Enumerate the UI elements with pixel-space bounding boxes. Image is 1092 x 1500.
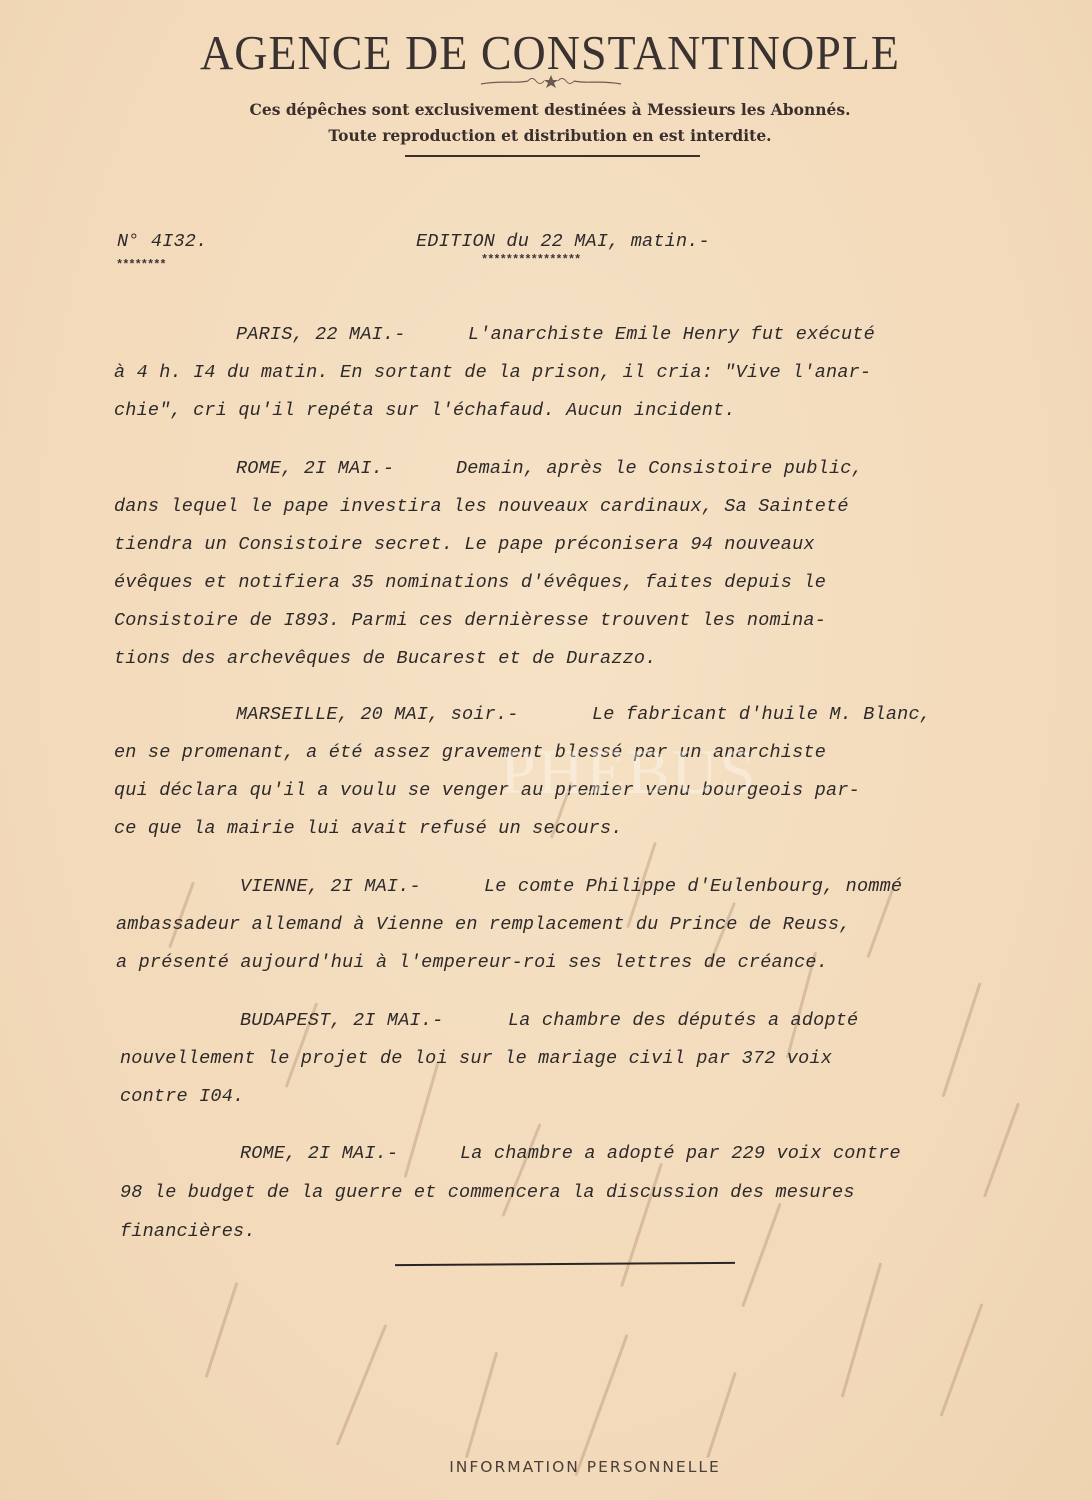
dispatch-line: La chambre des députés a adopté <box>508 1010 858 1031</box>
edition-label: EDITION du 22 MAI, matin.- <box>416 231 710 252</box>
dispatch-line: La chambre a adopté par 229 voix contre <box>460 1143 901 1164</box>
closing-rule <box>395 1262 735 1266</box>
dispatch-line: nouvellement le projet de loi sur le mar… <box>120 1048 832 1069</box>
dispatch-line: tions des archevêques de Bucarest et de … <box>114 648 657 669</box>
dispatch-line: ce que la mairie lui avait refusé un sec… <box>114 818 623 839</box>
dateline: ROME, 2I MAI.- <box>236 458 394 479</box>
dispatch-line: contre I04. <box>120 1086 244 1107</box>
reproduction-notice: Toute reproduction et distribution en es… <box>0 126 1092 145</box>
edition-label-underline: **************** <box>481 253 580 267</box>
edition-number: N° 4I32. <box>117 231 207 252</box>
dispatch-line: dans lequel le pape investira les nouvea… <box>114 496 849 517</box>
dispatch-line: évêques et notifiera 35 nominations d'év… <box>114 572 826 593</box>
subscriber-notice: Ces dépêches sont exclusivement destinée… <box>0 100 1092 119</box>
watermark: PHEBUS <box>500 735 757 809</box>
dateline: MARSEILLE, 20 MAI, soir.- <box>236 704 519 725</box>
dispatch-line: ambassadeur allemand à Vienne en remplac… <box>116 914 851 935</box>
edition-number-underline: ******** <box>116 258 166 272</box>
dispatch-line: a présenté aujourd'hui à l'empereur-roi … <box>116 952 828 973</box>
dispatch-line: Le comte Philippe d'Eulenbourg, nommé <box>484 876 902 897</box>
dateline: PARIS, 22 MAI.- <box>236 324 406 345</box>
dispatch-line: tiendra un Consistoire secret. Le pape p… <box>114 534 815 555</box>
dateline: BUDAPEST, 2I MAI.- <box>240 1010 443 1031</box>
dateline: ROME, 2I MAI.- <box>240 1143 398 1164</box>
dateline: VIENNE, 2I MAI.- <box>240 876 421 897</box>
dispatch-line: Consistoire de I893. Parmi ces dernières… <box>114 610 826 631</box>
dispatch-line: Le fabricant d'huile M. Blanc, <box>592 704 931 725</box>
dispatch-line: chie", cri qu'il repéta sur l'échafaud. … <box>114 400 736 421</box>
ornament-divider-icon <box>476 70 626 94</box>
dispatch-line: L'anarchiste Emile Henry fut exécuté <box>468 324 875 345</box>
footer-label: INFORMATION PERSONNELLE <box>0 1458 1092 1476</box>
dispatch-line: 98 le budget de la guerre et commencera … <box>120 1182 855 1203</box>
dispatch-line: à 4 h. I4 du matin. En sortant de la pri… <box>114 362 871 383</box>
header-rule <box>405 155 700 157</box>
dispatch-line: Demain, après le Consistoire public, <box>456 458 863 479</box>
dispatch-line: financières. <box>120 1221 256 1242</box>
